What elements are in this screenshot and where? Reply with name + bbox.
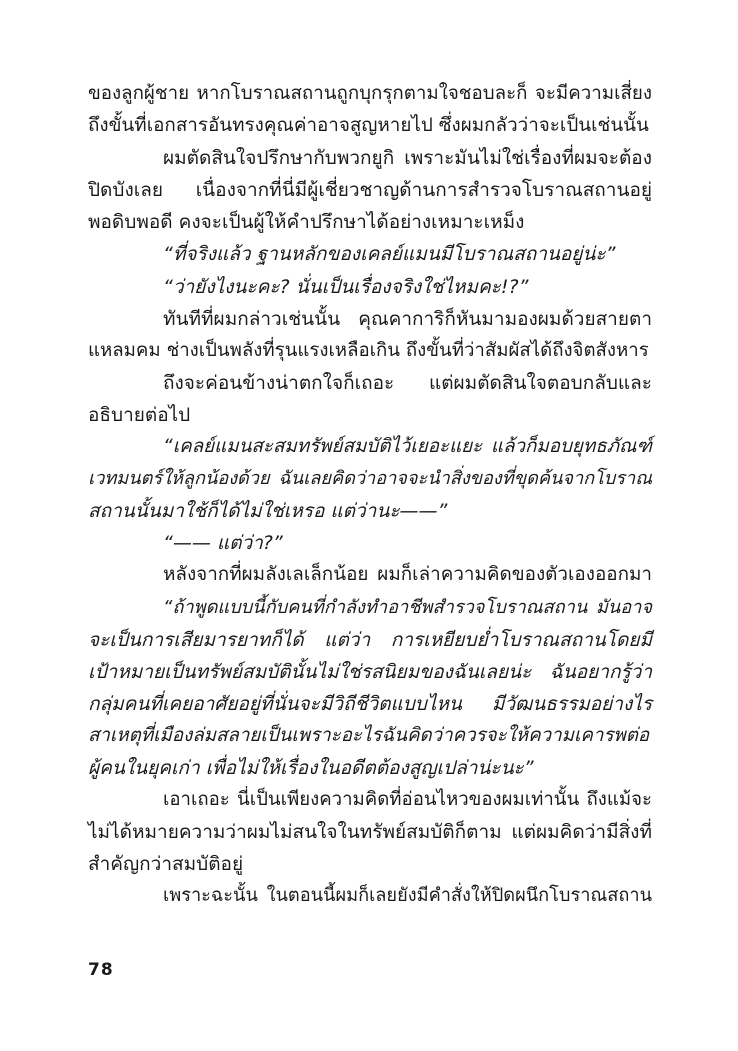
dialogue-line: สถานนั้นมาใช้ก็ได้ไม่ใช่เหรอ แต่ว่านะ——” <box>88 495 652 527</box>
narration-line: เอาเถอะ นี่เป็นเพียงความคิดที่อ่อนไหวของ… <box>88 784 652 816</box>
dialogue-line: “ถ้าพูดแบบนี้กับคนที่กำลังทำอาชีพสำรวจโบ… <box>88 592 652 624</box>
dialogue-line: เป้าหมายเป็นทรัพย์สมบัตินั้นไม่ใช่รสนิยม… <box>88 656 652 688</box>
dialogue-line: สาเหตุที่เมืองล่มสลายเป็นเพราะอะไรฉันคิด… <box>88 720 652 752</box>
book-page: ของลูกผู้ชาย หากโบราณสถานถูกบุกรุกตามใจช… <box>0 0 738 1051</box>
dialogue-line: เวทมนตร์ให้ลูกน้องด้วย ฉันเลยคิดว่าอาจจะ… <box>88 463 652 495</box>
narration-line: พอดิบพอดี คงจะเป็นผู้ให้คำปรึกษาได้อย่าง… <box>88 206 652 238</box>
dialogue-line: ผู้คนในยุคเก่า เพื่อไม่ให้เรื่องในอดีตต้… <box>88 752 652 784</box>
narration-line: แหลมคม ช่างเป็นพลังที่รุนแรงเหลือเกิน ถึ… <box>88 335 652 367</box>
narration-line: สำคัญกว่าสมบัติอยู่ <box>88 848 652 880</box>
narration-line: ผมตัดสินใจปรึกษากับพวกยูกิ เพราะมันไม่ใช… <box>88 142 652 174</box>
body-text: ของลูกผู้ชาย หากโบราณสถานถูกบุกรุกตามใจช… <box>88 78 652 912</box>
dialogue-line: “ว่ายังไงนะคะ? นั่นเป็นเรื่องจริงใช่ไหมค… <box>88 271 652 303</box>
narration-line: ปิดบังเลย เนื่องจากที่นี่มีผู้เชี่ยวชาญด… <box>88 174 652 206</box>
dialogue-line: “เคลย์แมนสะสมทรัพย์สมบัติไว้เยอะแยะ แล้ว… <box>88 431 652 463</box>
narration-line: ของลูกผู้ชาย หากโบราณสถานถูกบุกรุกตามใจช… <box>88 78 652 110</box>
narration-line: ไม่ได้หมายความว่าผมไม่สนใจในทรัพย์สมบัติ… <box>88 816 652 848</box>
narration-line: ทันทีที่ผมกล่าวเช่นนั้น คุณคาการิก็หันมา… <box>88 303 652 335</box>
narration-line: อธิบายต่อไป <box>88 399 652 431</box>
dialogue-line: จะเป็นการเสียมารยาทก็ได้ แต่ว่า การเหยีย… <box>88 624 652 656</box>
dialogue-line: กลุ่มคนที่เคยอาศัยอยู่ที่นั่นจะมีวิถีชีว… <box>88 688 652 720</box>
page-number: 78 <box>88 960 114 980</box>
dialogue-line: “—— แต่ว่า?” <box>88 527 652 559</box>
narration-line: เพราะฉะนั้น ในตอนนี้ผมก็เลยยังมีคำสั่งให… <box>88 880 652 912</box>
narration-line: หลังจากที่ผมลังเลเล็กน้อย ผมก็เล่าความคิ… <box>88 559 652 591</box>
dialogue-line: “ที่จริงแล้ว ฐานหลักของเคลย์แมนมีโบราณสถ… <box>88 238 652 270</box>
narration-line: ถึงขั้นที่เอกสารอันทรงคุณค่าอาจสูญหายไป … <box>88 110 652 142</box>
narration-line: ถึงจะค่อนข้างน่าตกใจก็เถอะ แต่ผมตัดสินใจ… <box>88 367 652 399</box>
